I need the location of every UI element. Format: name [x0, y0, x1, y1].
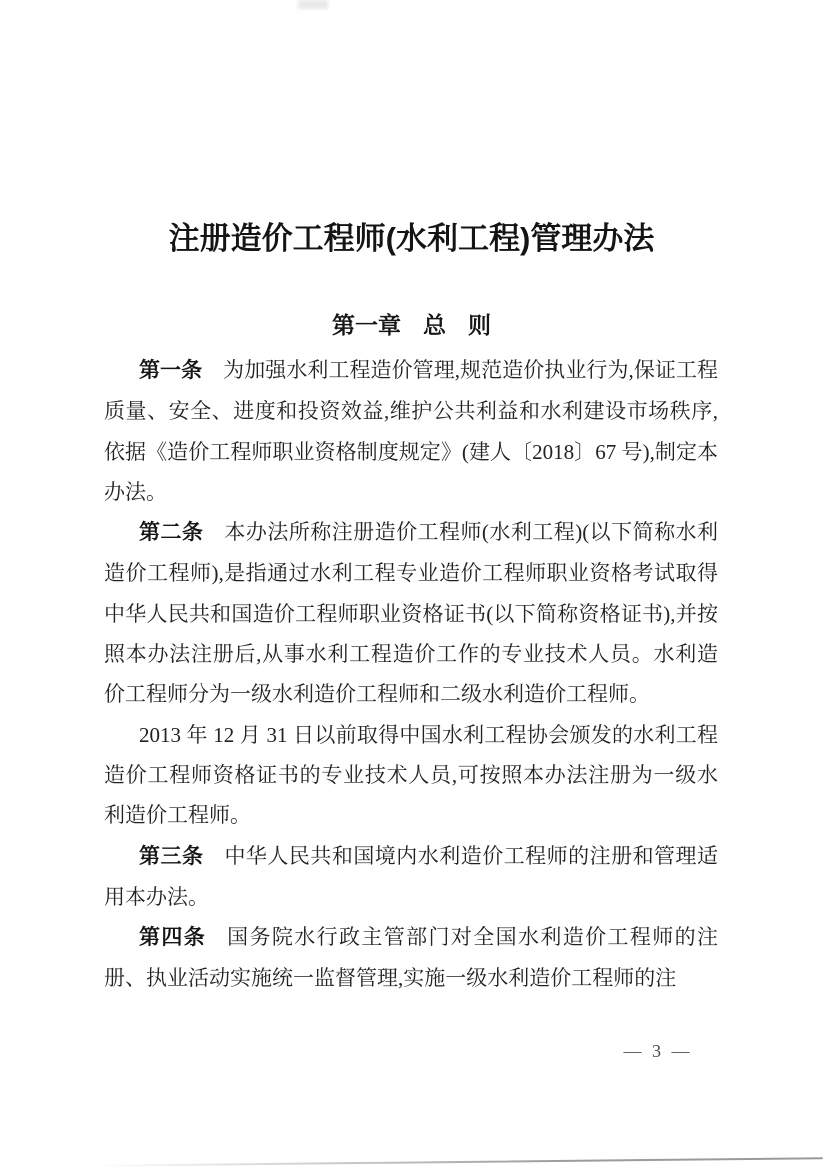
- page-number: — 3 —: [593, 1041, 723, 1062]
- chapter-title-word-2: 则: [468, 312, 491, 338]
- article-2-continuation-text: 2013 年 12 月 31 日以前取得中国水利工程协会颁发的水利工程造价工程师…: [104, 723, 718, 828]
- document-body: 第一条为加强水利工程造价管理,规范造价执业行为,保证工程质量、安全、进度和投资效…: [104, 350, 718, 999]
- article-2-text: 本办法所称注册造价工程师(水利工程)(以下简称水利造价工程师),是指通过水利工程…: [104, 520, 718, 706]
- document-title: 注册造价工程师(水利工程)管理办法: [104, 216, 719, 262]
- article-1-paragraph: 第一条为加强水利工程造价管理,规范造价执业行为,保证工程质量、安全、进度和投资效…: [104, 350, 718, 512]
- article-3-paragraph: 第三条中华人民共和国境内水利造价工程师的注册和管理适用本办法。: [104, 836, 718, 918]
- article-2-number: 第二条: [139, 521, 224, 544]
- scanned-document-page: 注册造价工程师(水利工程)管理办法 第一章总则 第一条为加强水利工程造价管理,规…: [0, 0, 823, 1172]
- article-4-number: 第四条: [139, 926, 227, 949]
- article-1-number: 第一条: [139, 359, 223, 382]
- chapter-title-word-1: 总: [423, 312, 446, 338]
- chapter-number: 第一章: [332, 312, 401, 338]
- scan-smudge-artifact: [298, 0, 328, 9]
- article-3-number: 第三条: [139, 845, 224, 868]
- chapter-heading: 第一章总则: [104, 310, 719, 340]
- article-4-paragraph: 第四条国务院水行政主管部门对全国水利造价工程师的注册、执业活动实施统一监督管理,…: [104, 917, 718, 999]
- article-2-paragraph: 第二条本办法所称注册造价工程师(水利工程)(以下简称水利造价工程师),是指通过水…: [104, 512, 718, 714]
- scan-edge-line-artifact: [95, 1157, 823, 1167]
- article-2-continuation-paragraph: 2013 年 12 月 31 日以前取得中国水利工程协会颁发的水利工程造价工程师…: [104, 715, 718, 836]
